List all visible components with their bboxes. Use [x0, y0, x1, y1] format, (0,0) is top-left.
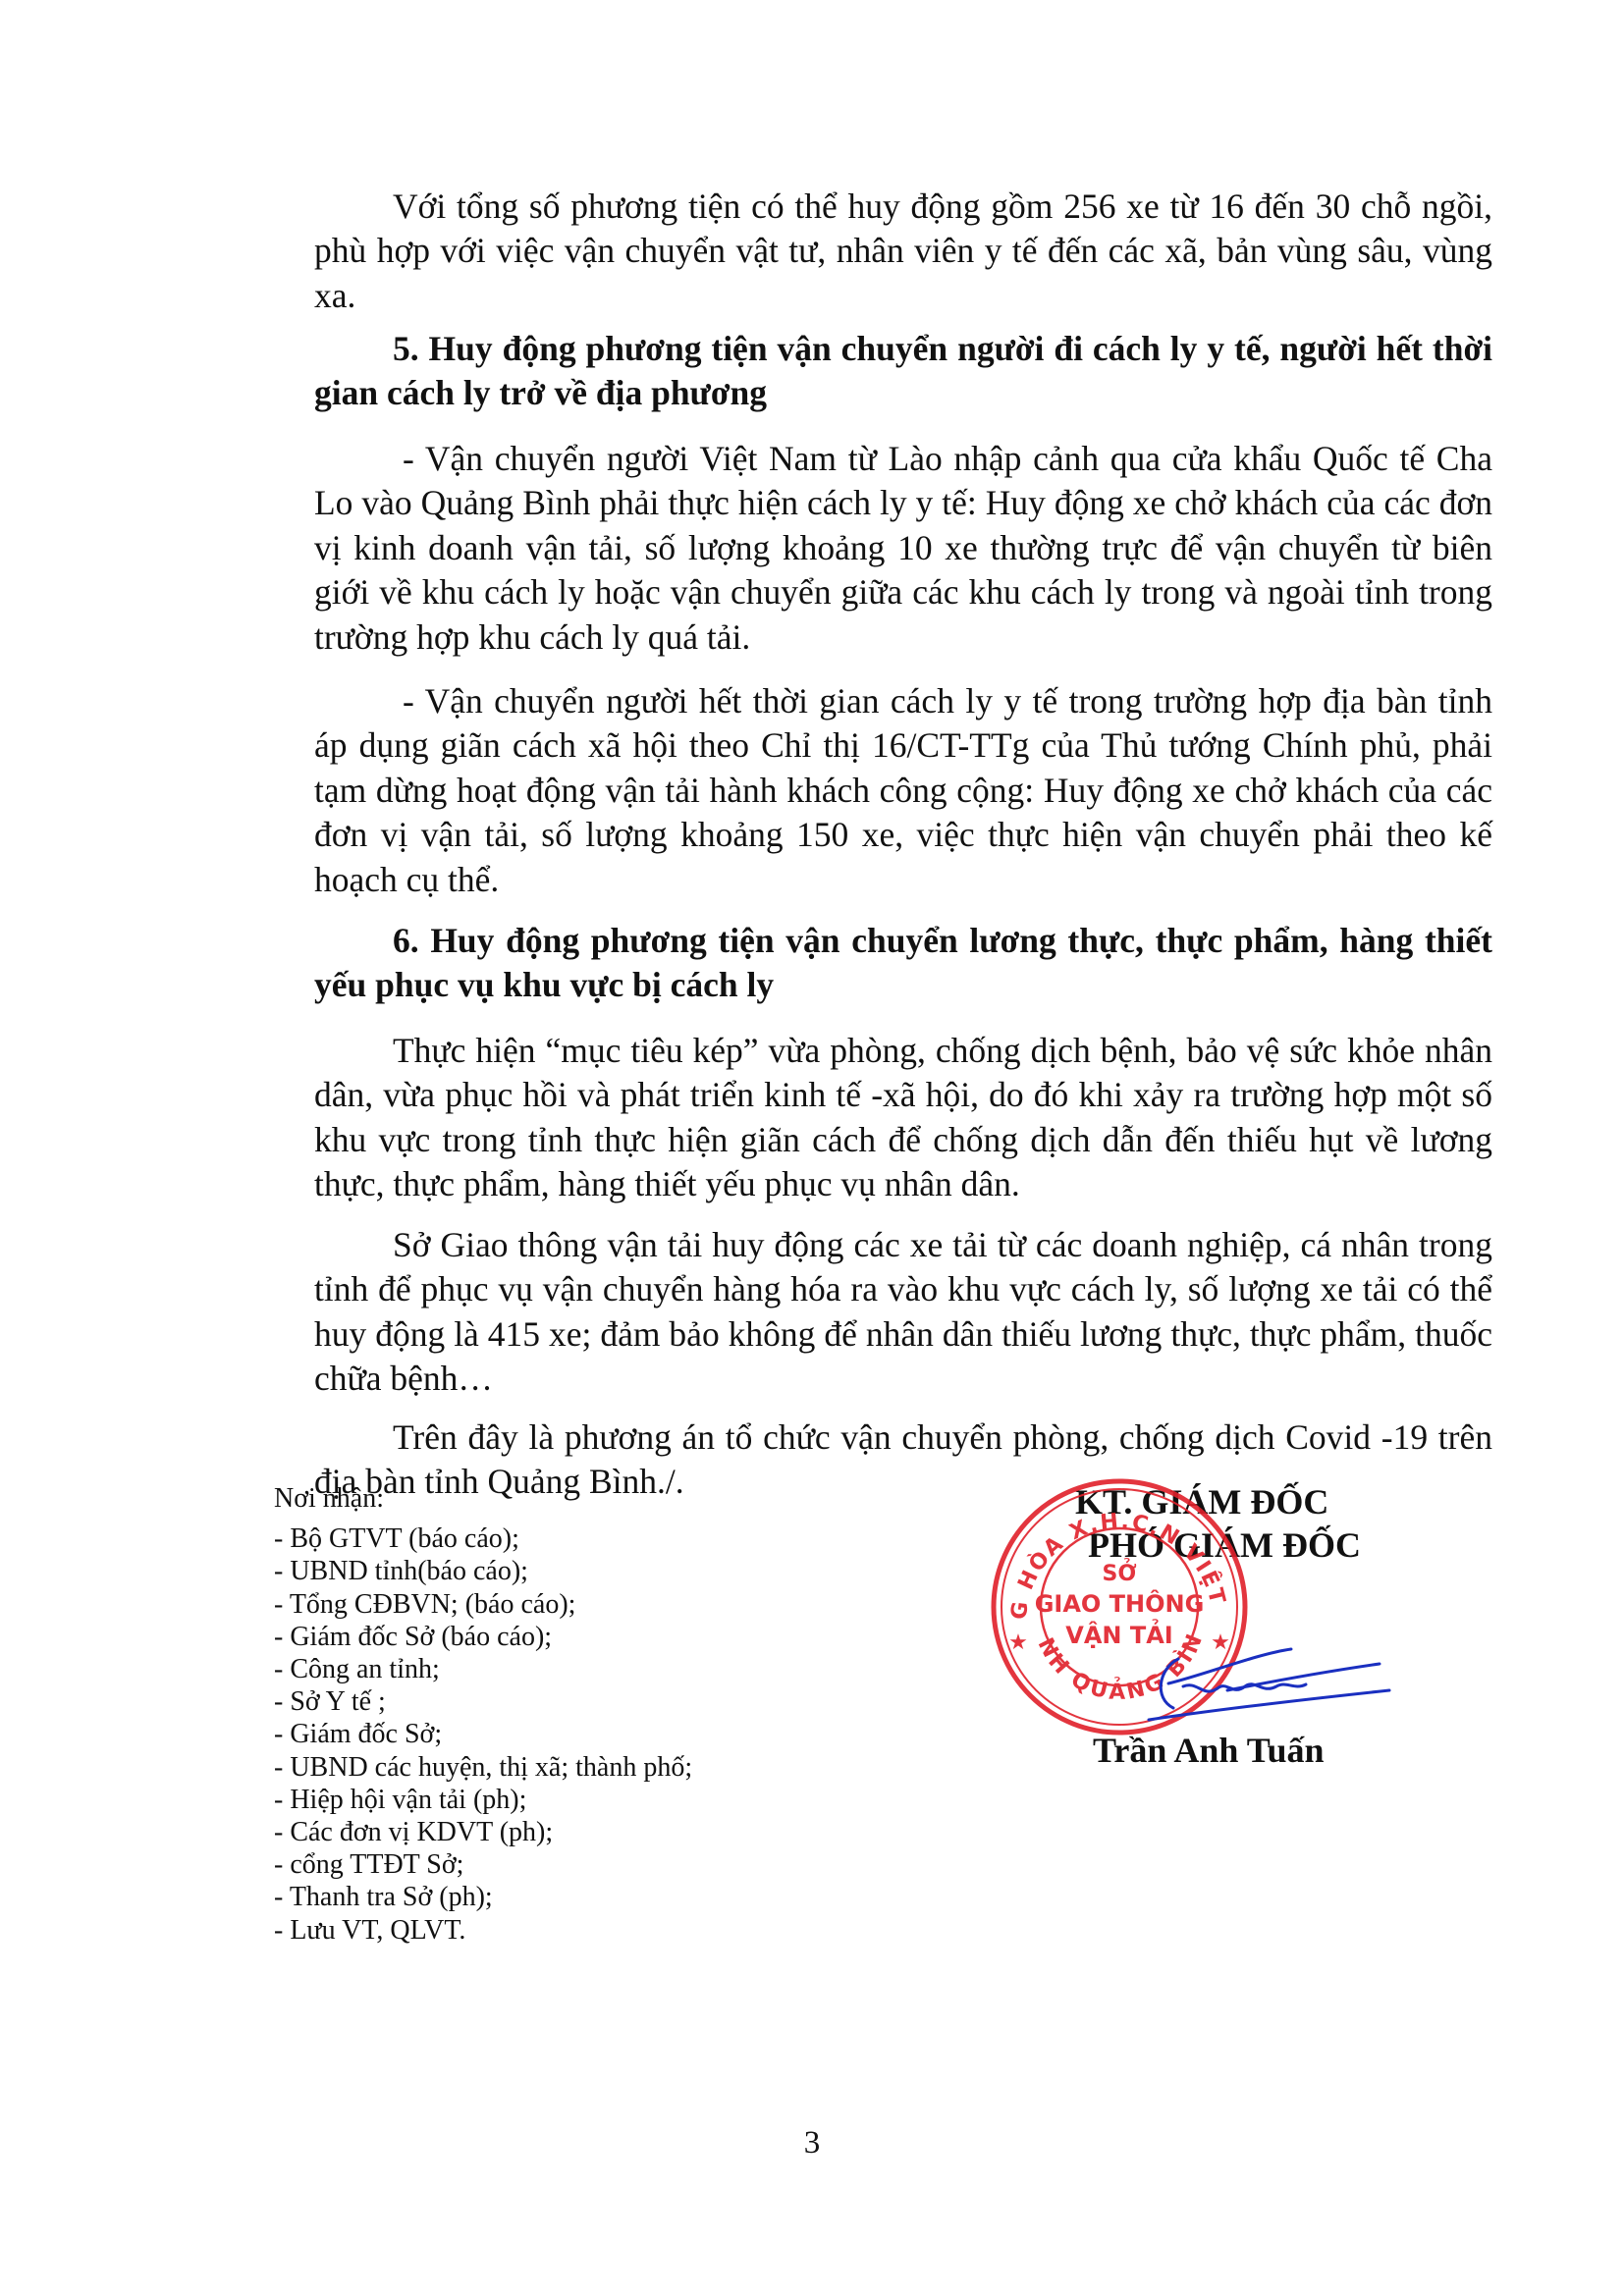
- recipient-item: - Hiệp hội vận tải (ph);: [274, 1784, 692, 1816]
- handwritten-signature-icon: [1129, 1629, 1394, 1728]
- recipient-item: - Tổng CĐBVN; (báo cáo);: [274, 1588, 692, 1621]
- section-heading-5: 5. Huy động phương tiện vận chuyển người…: [314, 327, 1492, 416]
- paragraph-dual-goal: Thực hiện “mục tiêu kép” vừa phòng, chốn…: [314, 1029, 1492, 1207]
- paragraph-post-quarantine-transport: - Vận chuyển người hết thời gian cách ly…: [314, 679, 1492, 903]
- recipient-item: - Giám đốc Sở (báo cáo);: [274, 1621, 692, 1653]
- recipients-title: Nơi nhận:: [274, 1482, 692, 1515]
- recipient-item: - cổng TTĐT Sở;: [274, 1848, 692, 1881]
- recipient-item: - Thanh tra Sở (ph);: [274, 1881, 692, 1913]
- recipient-item: - Giám đốc Sở;: [274, 1718, 692, 1750]
- recipient-item: - Bộ GTVT (báo cáo);: [274, 1522, 692, 1555]
- recipient-item: - Sở Y tế ;: [274, 1685, 692, 1718]
- paragraph-vehicles-total: Với tổng số phương tiện có thể huy động …: [314, 185, 1492, 319]
- signature-block: KT. GIÁM ĐỐC PHÓ GIÁM ĐỐC CỘNG HÒA X.H.C…: [982, 1472, 1434, 1796]
- document-page: Với tổng số phương tiện có thể huy động …: [0, 0, 1624, 2296]
- recipient-item: - UBND tỉnh(báo cáo);: [274, 1555, 692, 1587]
- recipients-list: Nơi nhận: - Bộ GTVT (báo cáo); - UBND tỉ…: [274, 1482, 692, 1947]
- svg-text:★: ★: [1008, 1630, 1028, 1655]
- recipient-item: - Các đơn vị KDVT (ph);: [274, 1816, 692, 1848]
- svg-text:SỞ: SỞ: [1102, 1559, 1136, 1586]
- recipient-item: - Công an tỉnh;: [274, 1653, 692, 1685]
- paragraph-laos-entry-transport: - Vận chuyển người Việt Nam từ Lào nhập …: [314, 437, 1492, 661]
- paragraph-truck-mobilization: Sở Giao thông vận tải huy động các xe tả…: [314, 1223, 1492, 1402]
- section-heading-6: 6. Huy động phương tiện vận chuyển lương…: [314, 919, 1492, 1008]
- page-number: 3: [0, 2125, 1624, 2162]
- svg-text:GIAO THÔNG: GIAO THÔNG: [1035, 1588, 1205, 1618]
- recipient-item: - UBND các huyện, thị xã; thành phố;: [274, 1751, 692, 1784]
- recipient-item: - Lưu VT, QLVT.: [274, 1914, 692, 1947]
